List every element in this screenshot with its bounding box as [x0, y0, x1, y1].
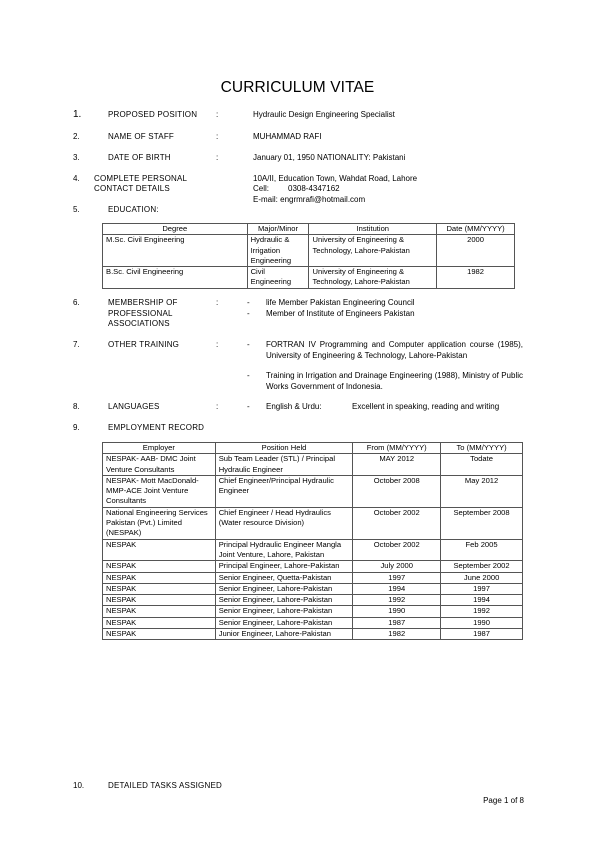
position-cell: Chief Engineer/Principal Hydraulic Engin… [215, 475, 353, 507]
colon: : [216, 153, 218, 162]
from-date-cell: October 2002 [353, 507, 441, 539]
other-training-label: OTHER TRAINING [108, 340, 179, 349]
to-date-cell: Feb 2005 [441, 539, 523, 561]
colon: : [216, 110, 218, 119]
membership-label-line: MEMBERSHIP OF [108, 298, 178, 309]
position-cell: Senior Engineer, Lahore-Pakistan [215, 617, 353, 628]
to-date-cell: September 2008 [441, 507, 523, 539]
table-row: B.Sc. Civil Engineering Civil Engineerin… [103, 267, 515, 289]
training-list: -Training in Irrigation and Drainage Eng… [247, 370, 523, 392]
employer-cell: NESPAK- Mott MacDonald-MMP-ACE Joint Ven… [103, 475, 216, 507]
header-position-held: Position Held [215, 443, 353, 454]
membership-label: MEMBERSHIP OF PROFESSIONAL ASSOCIATIONS [108, 298, 178, 330]
employment-table: Employer Position Held From (MM/YYYY) To… [102, 442, 523, 640]
from-date-cell: 1982 [353, 629, 441, 640]
position-cell: Principal Hydraulic Engineer Mangla Join… [215, 539, 353, 561]
date-cell: 2000 [437, 235, 515, 267]
header-from: From (MM/YYYY) [353, 443, 441, 454]
document-title: CURRICULUM VITAE [0, 79, 595, 97]
position-cell: Principal Engineer, Lahore-Pakistan [215, 561, 353, 572]
training-list: -FORTRAN IV Programming and Computer app… [247, 339, 523, 361]
employer-cell: NESPAK [103, 539, 216, 561]
table-row: NESPAKJunior Engineer, Lahore-Pakistan19… [103, 629, 523, 640]
employer-cell: NESPAK [103, 617, 216, 628]
contact-details-label-line2: CONTACT DETAILS [94, 184, 170, 193]
education-header-row: Degree Major/Minor Institution Date (MM/… [103, 224, 515, 235]
table-row: NESPAKPrincipal Engineer, Lahore-Pakista… [103, 561, 523, 572]
education-label: EDUCATION: [108, 205, 159, 214]
training-item: Training in Irrigation and Drainage Engi… [266, 370, 523, 392]
position-cell: Sub Team Leader (STL) / Principal Hydrau… [215, 454, 353, 476]
page-number: Page 1 of 8 [483, 796, 524, 805]
section-number: 10. [73, 781, 84, 790]
name-of-staff-label: NAME OF STAFF [108, 132, 174, 141]
from-date-cell: 1992 [353, 595, 441, 606]
to-date-cell: September 2002 [441, 561, 523, 572]
colon: : [216, 402, 218, 411]
institution-cell: University of Engineering & Technology, … [309, 267, 437, 289]
contact-details-label-line1: COMPLETE PERSONAL [94, 174, 187, 183]
position-cell: Junior Engineer, Lahore-Pakistan [215, 629, 353, 640]
section-number: 2. [73, 132, 80, 141]
language-level: Excellent in speaking, reading and writi… [352, 401, 499, 412]
from-date-cell: October 2002 [353, 539, 441, 561]
section-number: 5. [73, 205, 80, 214]
membership-label-line: PROFESSIONAL [108, 309, 178, 320]
name-of-staff-value: MUHAMMAD RAFI [253, 132, 321, 141]
list-item: -Member of Institute of Engineers Pakist… [247, 308, 415, 319]
to-date-cell: May 2012 [441, 475, 523, 507]
to-date-cell: 1994 [441, 595, 523, 606]
table-row: National Engineering Services Pakistan (… [103, 507, 523, 539]
section-number: 7. [73, 340, 80, 349]
dash-bullet: - [247, 308, 266, 319]
section-number: 4. [73, 174, 80, 183]
section-number: 6. [73, 298, 80, 307]
from-date-cell: 1987 [353, 617, 441, 628]
section-number: 1. [73, 109, 81, 120]
degree-cell: M.Sc. Civil Engineering [103, 235, 248, 267]
employer-cell: NESPAK [103, 583, 216, 594]
list-item: -life Member Pakistan Engineering Counci… [247, 297, 415, 308]
dash-bullet: - [247, 339, 266, 361]
degree-cell: B.Sc. Civil Engineering [103, 267, 248, 289]
table-row: NESPAKSenior Engineer, Lahore-Pakistan19… [103, 583, 523, 594]
dash-bullet: - [247, 401, 266, 412]
header-major-minor: Major/Minor [247, 224, 309, 235]
list-item: -English & Urdu:Excellent in speaking, r… [247, 401, 499, 412]
to-date-cell: 1987 [441, 629, 523, 640]
employer-cell: NESPAK [103, 595, 216, 606]
to-date-cell: 1990 [441, 617, 523, 628]
list-item: -Training in Irrigation and Drainage Eng… [247, 370, 523, 392]
membership-item: Member of Institute of Engineers Pakista… [266, 308, 415, 319]
date-of-birth-label: DATE OF BIRTH [108, 153, 171, 162]
institution-cell: University of Engineering & Technology, … [309, 235, 437, 267]
to-date-cell: June 2000 [441, 572, 523, 583]
email-value: E-mail: engrmrafi@hotmail.com [253, 195, 365, 204]
table-row: NESPAKSenior Engineer, Quetta-Pakistan19… [103, 572, 523, 583]
section-number: 8. [73, 402, 80, 411]
proposed-position-value: Hydraulic Design Engineering Specialist [253, 110, 395, 119]
colon: : [216, 340, 218, 349]
date-cell: 1982 [437, 267, 515, 289]
cell-value: 0308-4347162 [288, 184, 340, 193]
from-date-cell: July 2000 [353, 561, 441, 572]
cell-label: Cell: [253, 184, 269, 193]
employer-cell: National Engineering Services Pakistan (… [103, 507, 216, 539]
position-cell: Senior Engineer, Lahore-Pakistan [215, 606, 353, 617]
position-cell: Senior Engineer, Lahore-Pakistan [215, 583, 353, 594]
languages-label: LANGUAGES [108, 402, 160, 411]
colon: : [216, 132, 218, 141]
header-employer: Employer [103, 443, 216, 454]
list-item: -FORTRAN IV Programming and Computer app… [247, 339, 523, 361]
language-name: English & Urdu: [266, 401, 352, 412]
colon: : [216, 298, 218, 307]
detailed-tasks-label: DETAILED TASKS ASSIGNED [108, 781, 222, 790]
education-table: Degree Major/Minor Institution Date (MM/… [102, 223, 515, 289]
employer-cell: NESPAK- AAB- DMC Joint Venture Consultan… [103, 454, 216, 476]
from-date-cell: October 2008 [353, 475, 441, 507]
dash-bullet: - [247, 370, 266, 392]
header-institution: Institution [309, 224, 437, 235]
table-row: NESPAKSenior Engineer, Lahore-Pakistan19… [103, 617, 523, 628]
header-to: To (MM/YYYY) [441, 443, 523, 454]
membership-list: -life Member Pakistan Engineering Counci… [247, 297, 415, 319]
table-row: NESPAKSenior Engineer, Lahore-Pakistan19… [103, 606, 523, 617]
position-cell: Chief Engineer / Head Hydraulics (Water … [215, 507, 353, 539]
position-cell: Senior Engineer, Quetta-Pakistan [215, 572, 353, 583]
to-date-cell: 1992 [441, 606, 523, 617]
major-cell: Hydraulic & Irrigation Engineering [247, 235, 309, 267]
section-number: 3. [73, 153, 80, 162]
membership-item: life Member Pakistan Engineering Council [266, 297, 415, 308]
employer-cell: NESPAK [103, 561, 216, 572]
header-date: Date (MM/YYYY) [437, 224, 515, 235]
section-number: 9. [73, 423, 80, 432]
languages-list: -English & Urdu:Excellent in speaking, r… [247, 401, 499, 412]
table-row: NESPAK- AAB- DMC Joint Venture Consultan… [103, 454, 523, 476]
membership-label-line: ASSOCIATIONS [108, 319, 178, 330]
from-date-cell: 1994 [353, 583, 441, 594]
position-cell: Senior Engineer, Lahore-Pakistan [215, 595, 353, 606]
from-date-cell: 1997 [353, 572, 441, 583]
table-row: NESPAKSenior Engineer, Lahore-Pakistan19… [103, 595, 523, 606]
employment-record-label: EMPLOYMENT RECORD [108, 423, 204, 432]
training-item: FORTRAN IV Programming and Computer appl… [266, 339, 523, 361]
dash-bullet: - [247, 297, 266, 308]
header-degree: Degree [103, 224, 248, 235]
proposed-position-label: PROPOSED POSITION [108, 110, 197, 119]
major-cell: Civil Engineering [247, 267, 309, 289]
to-date-cell: Todate [441, 454, 523, 476]
employment-header-row: Employer Position Held From (MM/YYYY) To… [103, 443, 523, 454]
from-date-cell: MAY 2012 [353, 454, 441, 476]
date-of-birth-value: January 01, 1950 NATIONALITY: Pakistani [253, 153, 405, 162]
employer-cell: NESPAK [103, 606, 216, 617]
from-date-cell: 1990 [353, 606, 441, 617]
table-row: NESPAK- Mott MacDonald-MMP-ACE Joint Ven… [103, 475, 523, 507]
table-row: M.Sc. Civil Engineering Hydraulic & Irri… [103, 235, 515, 267]
employer-cell: NESPAK [103, 572, 216, 583]
table-row: NESPAKPrincipal Hydraulic Engineer Mangl… [103, 539, 523, 561]
address-value: 10A/II, Education Town, Wahdat Road, Lah… [253, 174, 417, 183]
employer-cell: NESPAK [103, 629, 216, 640]
to-date-cell: 1997 [441, 583, 523, 594]
